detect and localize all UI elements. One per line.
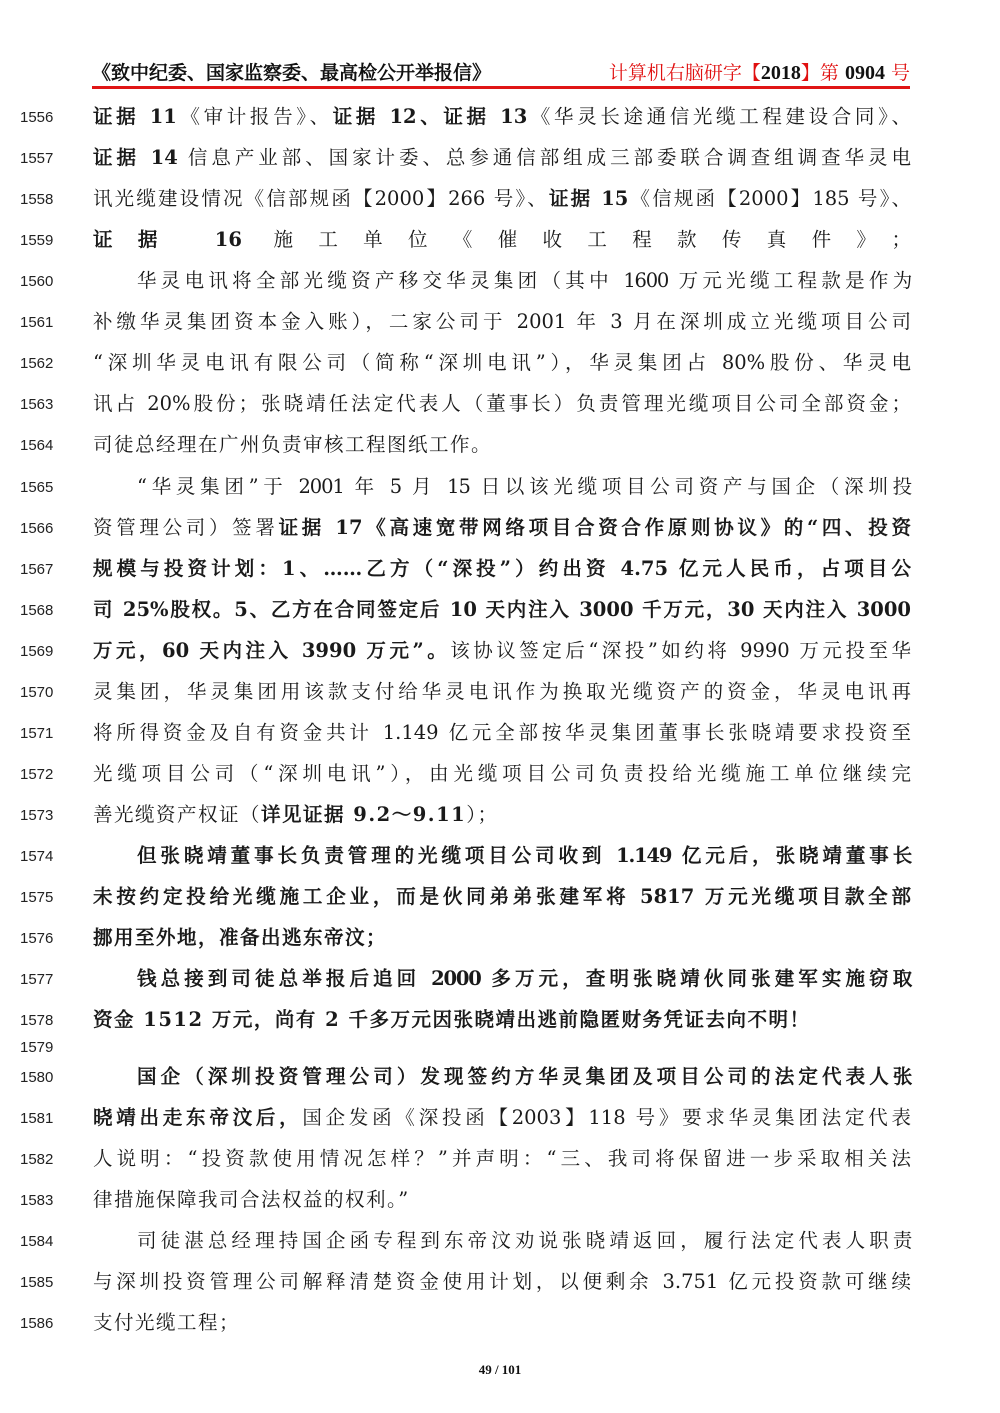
document-line: 1572光缆项目公司（“深圳电讯”），由光缆项目公司负责投给光缆施工单位继续完 [0, 759, 1000, 789]
line-text: “华灵集团”于 2001 年 5 月 15 日以该光缆项目公司资产与国企（深圳投 [93, 472, 911, 502]
text-segment: 司徒总经理在广州负责审核工程图纸工作。 [93, 433, 492, 456]
document-line: 1566资管理公司）签署证据 17《高速宽带网络项目合资合作原则协议》的“四、投… [0, 513, 1000, 543]
line-number: 1563 [20, 396, 64, 413]
document-title: 《致中纪委、国家监察委、最高检公开举报信》 [92, 58, 491, 85]
text-segment: ）； [466, 803, 498, 826]
text-segment: 善光缆资产权证（ [93, 803, 261, 826]
bold-text-segment: 国企（深圳投资管理公司）发现签约方华灵集团及项目公司的法定代表人张 [137, 1065, 911, 1088]
document-line: 1568司 25%股权。5、乙方在合同签定后 10 天内注入 3000 千万元，… [0, 595, 1000, 625]
line-text: 补缴华灵集团资本金入账），二家公司于 2001 年 3 月在深圳成立光缆项目公司 [93, 307, 911, 337]
line-number: 1576 [20, 930, 64, 947]
line-text: 证据 14 信息产业部、国家计委、总参通信部组成三部委联合调查组调查华灵电 [93, 143, 911, 173]
header-divider-rule [92, 86, 910, 89]
document-line: 1586支付光缆工程； [0, 1308, 1000, 1338]
document-line: 1563讯占 20%股份；张晓靖任法定代表人（董事长）负责管理光缆项目公司全部资… [0, 389, 1000, 419]
line-text: “深圳华灵电讯有限公司（简称“深圳电讯”），华灵集团占 80%股份、华灵电 [93, 348, 911, 378]
line-text: 善光缆资产权证（详见证据 9.2～9.11）； [93, 800, 911, 830]
reference-suffix: 号 [891, 62, 910, 84]
text-segment: “深圳华灵电讯有限公司（简称“深圳电讯”），华灵集团占 80%股份、华灵电 [93, 351, 911, 374]
page-header: 《致中纪委、国家监察委、最高检公开举报信》 计算机右脑研字【2018】第 090… [92, 58, 910, 88]
text-segment: 该协议签定后“深投”如约将 9990 万元投至华 [450, 639, 911, 662]
line-number: 1585 [20, 1274, 64, 1291]
document-line: 1556证据 11《审计报告》、证据 12、证据 13《华灵长途通信光缆工程建设… [0, 102, 1000, 132]
line-number: 1580 [20, 1069, 64, 1086]
bold-text-segment: 钱总接到司徒总举报后追回 2000 多万元，查明张晓靖伙同张建军实施窃取 [137, 967, 911, 990]
text-segment: 人说明：“投资款使用情况怎样？”并声明：“三、我司将保留进一步采取相关法 [93, 1147, 911, 1170]
document-line: 1565“华灵集团”于 2001 年 5 月 15 日以该光缆项目公司资产与国企… [0, 472, 1000, 502]
line-number: 1578 [20, 1012, 64, 1029]
text-segment: 补缴华灵集团资本金入账），二家公司于 2001 年 3 月在深圳成立光缆项目公司 [93, 310, 911, 333]
line-number: 1582 [20, 1151, 64, 1168]
text-segment: 司徒湛总经理持国企函专程到东帝汶劝说张晓靖返回，履行法定代表人职责 [137, 1229, 911, 1252]
line-number: 1586 [20, 1315, 64, 1332]
bold-text-segment: 晓靖出走东帝汶后， [93, 1106, 302, 1129]
line-number: 1566 [20, 520, 64, 537]
document-line: 1571将所得资金及自有资金共计 1.149 亿元全部按华灵集团董事长张晓靖要求… [0, 718, 1000, 748]
line-text: 人说明：“投资款使用情况怎样？”并声明：“三、我司将保留进一步采取相关法 [93, 1144, 911, 1174]
line-number: 1573 [20, 807, 64, 824]
reference-prefix: 计算机右脑研字【 [609, 62, 761, 84]
document-line: 1584司徒湛总经理持国企函专程到东帝汶劝说张晓靖返回，履行法定代表人职责 [0, 1226, 1000, 1256]
line-text: 万元，60 天内注入 3990 万元”。该协议签定后“深投”如约将 9990 万… [93, 636, 911, 666]
text-segment: 《华灵长途通信光缆工程建设合同》、 [527, 105, 911, 128]
bold-text-segment: 证据 11 [93, 105, 177, 128]
bold-text-segment: 证据 16 [93, 228, 242, 251]
text-segment: 灵集团，华灵集团用该款支付给华灵电讯作为换取光缆资产的资金，华灵电讯再 [93, 680, 911, 703]
line-number: 1562 [20, 355, 64, 372]
document-line: 1578资金 1512 万元，尚有 2 千多万元因张晓靖出逃前隐匿财务凭证去向不… [0, 1005, 1000, 1035]
document-line: 1582人说明：“投资款使用情况怎样？”并声明：“三、我司将保留进一步采取相关法 [0, 1144, 1000, 1174]
text-segment: 施工单位《催收工程款传真件》； [242, 228, 911, 251]
line-number: 1561 [20, 314, 64, 331]
document-line: 1559证据 16 施工单位《催收工程款传真件》； [0, 225, 1000, 255]
text-segment: 讯占 20%股份；张晓靖任法定代表人（董事长）负责管理光缆项目公司全部资金； [93, 392, 911, 415]
line-text: 未按约定投给光缆施工企业，而是伙同弟弟张建军将 5817 万元光缆项目款全部 [93, 882, 911, 912]
line-text: 司徒总经理在广州负责审核工程图纸工作。 [93, 430, 911, 460]
line-number: 1581 [20, 1110, 64, 1127]
bold-text-segment: 资金 1512 万元，尚有 2 千多万元因张晓靖出逃前隐匿财务凭证去向不明！ [93, 1008, 811, 1031]
document-line: 1579 [0, 1032, 1000, 1062]
line-text: 与深圳投资管理公司解释清楚资金使用计划，以便剩余 3.751 亿元投资款可继续 [93, 1267, 911, 1297]
bold-text-segment: 规模与投资计划：1、……乙方（“深投”）约出资 4.75 亿元人民币，占项目公 [93, 557, 911, 580]
line-number: 1567 [20, 561, 64, 578]
line-text: 资金 1512 万元，尚有 2 千多万元因张晓靖出逃前隐匿财务凭证去向不明！ [93, 1005, 911, 1035]
page-number: 49 / 101 [0, 1362, 1000, 1378]
line-text: 将所得资金及自有资金共计 1.149 亿元全部按华灵集团董事长张晓靖要求投资至 [93, 718, 911, 748]
line-number: 1557 [20, 150, 64, 167]
document-line: 1581晓靖出走东帝汶后，国企发函《深投函【2003】118 号》要求华灵集团法… [0, 1103, 1000, 1133]
document-line: 1560华灵电讯将全部光缆资产移交华灵集团（其中 1600 万元光缆工程款是作为 [0, 266, 1000, 296]
line-text: 国企（深圳投资管理公司）发现签约方华灵集团及项目公司的法定代表人张 [93, 1062, 911, 1092]
bold-text-segment: 万元，60 天内注入 3990 万元”。 [93, 639, 450, 662]
document-line: 1569万元，60 天内注入 3990 万元”。该协议签定后“深投”如约将 99… [0, 636, 1000, 666]
text-segment: 讯光缆建设情况《信部规函【2000】266 号》、 [93, 187, 549, 210]
line-number: 1556 [20, 109, 64, 126]
document-line: 1558讯光缆建设情况《信部规函【2000】266 号》、证据 15《信规函【2… [0, 184, 1000, 214]
line-number: 1570 [20, 684, 64, 701]
document-line: 1570灵集团，华灵集团用该款支付给华灵电讯作为换取光缆资产的资金，华灵电讯再 [0, 677, 1000, 707]
line-text: 钱总接到司徒总举报后追回 2000 多万元，查明张晓靖伙同张建军实施窃取 [93, 964, 911, 994]
line-text: 证据 16 施工单位《催收工程款传真件》； [93, 225, 911, 255]
reference-number: 0904 [845, 62, 885, 84]
text-segment: 支付光缆工程； [93, 1311, 240, 1334]
document-line: 1575未按约定投给光缆施工企业，而是伙同弟弟张建军将 5817 万元光缆项目款… [0, 882, 1000, 912]
bold-text-segment: 证据 15 [549, 187, 628, 210]
document-line: 1557证据 14 信息产业部、国家计委、总参通信部组成三部委联合调查组调查华灵… [0, 143, 1000, 173]
text-segment: 与深圳投资管理公司解释清楚资金使用计划，以便剩余 3.751 亿元投资款可继续 [93, 1270, 911, 1293]
line-number: 1568 [20, 602, 64, 619]
line-number: 1572 [20, 766, 64, 783]
line-number: 1565 [20, 479, 64, 496]
document-line: 1576挪用至外地，准备出逃东帝汶； [0, 923, 1000, 953]
line-text: 华灵电讯将全部光缆资产移交华灵集团（其中 1600 万元光缆工程款是作为 [93, 266, 911, 296]
text-segment: 《审计报告》、 [177, 105, 333, 128]
document-line: 1561补缴华灵集团资本金入账），二家公司于 2001 年 3 月在深圳成立光缆… [0, 307, 1000, 337]
line-text: 挪用至外地，准备出逃东帝汶； [93, 923, 911, 953]
line-text: 规模与投资计划：1、……乙方（“深投”）约出资 4.75 亿元人民币，占项目公 [93, 554, 911, 584]
bold-text-segment: 挪用至外地，准备出逃东帝汶； [93, 926, 387, 949]
text-segment: “华灵集团”于 2001 年 5 月 15 日以该光缆项目公司资产与国企（深圳投 [137, 475, 911, 498]
text-segment: 华灵电讯将全部光缆资产移交华灵集团（其中 1600 万元光缆工程款是作为 [137, 269, 911, 292]
document-line: 1562“深圳华灵电讯有限公司（简称“深圳电讯”），华灵集团占 80%股份、华灵… [0, 348, 1000, 378]
document-line: 1573善光缆资产权证（详见证据 9.2～9.11）； [0, 800, 1000, 830]
line-text: 但张晓靖董事长负责管理的光缆项目公司收到 1.149 亿元后，张晓靖董事长 [93, 841, 911, 871]
bold-text-segment: 证据 14 [93, 146, 178, 169]
document-line: 1577钱总接到司徒总举报后追回 2000 多万元，查明张晓靖伙同张建军实施窃取 [0, 964, 1000, 994]
bold-text-segment: 证据 17《高速宽带网络项目合资合作原则协议》的“四、投资 [279, 516, 911, 539]
line-number: 1559 [20, 232, 64, 249]
line-number: 1560 [20, 273, 64, 290]
line-text: 讯光缆建设情况《信部规函【2000】266 号》、证据 15《信规函【2000】… [93, 184, 911, 214]
text-segment: 光缆项目公司（“深圳电讯”），由光缆项目公司负责投给光缆施工单位继续完 [93, 762, 911, 785]
text-segment: 信息产业部、国家计委、总参通信部组成三部委联合调查组调查华灵电 [178, 146, 911, 169]
reference-mid: 】第 [801, 62, 839, 84]
document-line: 1564司徒总经理在广州负责审核工程图纸工作。 [0, 430, 1000, 460]
document-line: 1574但张晓靖董事长负责管理的光缆项目公司收到 1.149 亿元后，张晓靖董事… [0, 841, 1000, 871]
document-reference-number: 计算机右脑研字【2018】第 0904 号 [609, 58, 910, 85]
text-segment: 将所得资金及自有资金共计 1.149 亿元全部按华灵集团董事长张晓靖要求投资至 [93, 721, 911, 744]
line-number: 1575 [20, 889, 64, 906]
bold-text-segment: 但张晓靖董事长负责管理的光缆项目公司收到 1.149 亿元后，张晓靖董事长 [137, 844, 911, 867]
line-text: 司徒湛总经理持国企函专程到东帝汶劝说张晓靖返回，履行法定代表人职责 [93, 1226, 911, 1256]
line-text: 资管理公司）签署证据 17《高速宽带网络项目合资合作原则协议》的“四、投资 [93, 513, 911, 543]
bold-text-segment: 未按约定投给光缆施工企业，而是伙同弟弟张建军将 5817 万元光缆项目款全部 [93, 885, 911, 908]
line-text: 证据 11《审计报告》、证据 12、证据 13《华灵长途通信光缆工程建设合同》、 [93, 102, 911, 132]
line-number: 1569 [20, 643, 64, 660]
line-text: 晓靖出走东帝汶后，国企发函《深投函【2003】118 号》要求华灵集团法定代表 [93, 1103, 911, 1133]
text-segment: 资管理公司）签署 [93, 516, 279, 539]
reference-year: 2018 [761, 62, 801, 84]
line-number: 1571 [20, 725, 64, 742]
bold-text-segment: 详见证据 9.2～9.11 [261, 803, 466, 826]
line-number: 1577 [20, 971, 64, 988]
document-line: 1585与深圳投资管理公司解释清楚资金使用计划，以便剩余 3.751 亿元投资款… [0, 1267, 1000, 1297]
line-number: 1574 [20, 848, 64, 865]
line-number: 1558 [20, 191, 64, 208]
bold-text-segment: 司 25%股权。5、乙方在合同签定后 10 天内注入 3000 千万元，30 天… [93, 598, 911, 621]
line-text: 讯占 20%股份；张晓靖任法定代表人（董事长）负责管理光缆项目公司全部资金； [93, 389, 911, 419]
line-number: 1583 [20, 1192, 64, 1209]
text-segment: 律措施保障我司合法权益的权利。” [93, 1188, 410, 1211]
text-segment: 《信规函【2000】185 号》、 [628, 187, 911, 210]
line-text: 灵集团，华灵集团用该款支付给华灵电讯作为换取光缆资产的资金，华灵电讯再 [93, 677, 911, 707]
line-number: 1584 [20, 1233, 64, 1250]
line-text: 司 25%股权。5、乙方在合同签定后 10 天内注入 3000 千万元，30 天… [93, 595, 911, 625]
document-line: 1583律措施保障我司合法权益的权利。” [0, 1185, 1000, 1215]
line-text: 光缆项目公司（“深圳电讯”），由光缆项目公司负责投给光缆施工单位继续完 [93, 759, 911, 789]
document-line: 1580国企（深圳投资管理公司）发现签约方华灵集团及项目公司的法定代表人张 [0, 1062, 1000, 1092]
document-line: 1567规模与投资计划：1、……乙方（“深投”）约出资 4.75 亿元人民币，占… [0, 554, 1000, 584]
line-text: 支付光缆工程； [93, 1308, 911, 1338]
text-segment: 国企发函《深投函【2003】118 号》要求华灵集团法定代表 [302, 1106, 911, 1129]
bold-text-segment: 证据 12、证据 13 [333, 105, 528, 128]
line-number: 1564 [20, 437, 64, 454]
line-number: 1579 [20, 1039, 64, 1056]
line-text: 律措施保障我司合法权益的权利。” [93, 1185, 911, 1215]
